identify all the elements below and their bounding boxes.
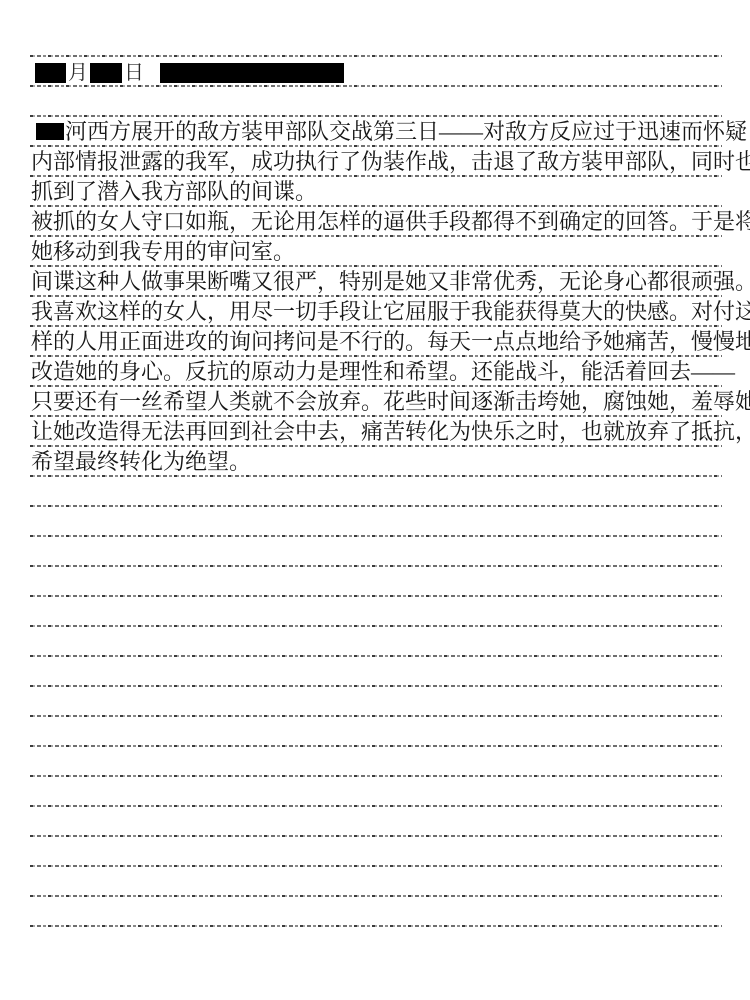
ruled-line: [30, 505, 722, 507]
ruled-line: [30, 55, 722, 57]
diary-line-text: 让她改造得无法再回到社会中去，痛苦转化为快乐之时，也就放弃了抵抗，: [31, 419, 750, 444]
diary-line-text: 间谍这种人做事果断嘴又很严，特别是她又非常优秀，无论身心都很顽强。: [31, 269, 750, 294]
diary-line-text: 她移动到我专用的审问室。: [31, 239, 295, 264]
ruled-line: [30, 445, 722, 447]
ruled-line: [30, 865, 722, 867]
redaction-day-value: [90, 63, 122, 83]
ruled-line: [30, 415, 722, 417]
diary-line: 我喜欢这样的女人，用尽一切手段让它屈服于我能获得莫大的快感。对付这: [31, 299, 750, 325]
ruled-line: [30, 595, 722, 597]
diary-line: 希望最终转化为绝望。: [31, 449, 251, 475]
diary-line: 间谍这种人做事果断嘴又很严，特别是她又非常优秀，无论身心都很顽强。: [31, 269, 750, 295]
ruled-line: [30, 535, 722, 537]
ruled-line: [30, 625, 722, 627]
ruled-line: [30, 355, 722, 357]
diary-line-text: 抓到了潜入我方部队的间谍。: [31, 179, 317, 204]
ruled-line: [30, 265, 722, 267]
diary-line: 河西方展开的敌方装甲部队交战第三日——对敌方反应过于迅速而怀疑: [31, 119, 747, 145]
diary-line: 样的人用正面进攻的询问拷问是不行的。每天一点点地给予她痛苦，慢慢地: [31, 329, 750, 355]
ruled-line: [30, 385, 722, 387]
diary-line: 改造她的身心。反抗的原动力是理性和希望。还能战斗，能活着回去——: [31, 359, 735, 385]
ruled-line: [30, 205, 722, 207]
day-label: 日: [122, 63, 146, 83]
ruled-line: [30, 835, 722, 837]
ruled-line: [30, 235, 722, 237]
diary-line-text: 内部情报泄露的我军，成功执行了伪装作战，击退了敌方装甲部队，同时也: [31, 149, 750, 174]
diary-line-text: 我喜欢这样的女人，用尽一切手段让它屈服于我能获得莫大的快感。对付这: [31, 299, 750, 324]
inline-redaction: [36, 123, 64, 140]
diary-line: 内部情报泄露的我军，成功执行了伪装作战，击退了敌方装甲部队，同时也: [31, 149, 750, 175]
ruled-line: [30, 895, 722, 897]
redaction-entry-title: [160, 63, 344, 83]
ruled-line: [30, 805, 722, 807]
diary-line: 她移动到我专用的审问室。: [31, 239, 295, 265]
diary-line-text: 只要还有一丝希望人类就不会放弃。花些时间逐渐击垮她，腐蚀她，羞辱她，: [31, 389, 750, 414]
ruled-line: [30, 685, 722, 687]
diary-page: 月 日 河西方展开的敌方装甲部队交战第三日——对敌方反应过于迅速而怀疑内部情报泄…: [0, 0, 750, 1000]
diary-line: 抓到了潜入我方部队的间谍。: [31, 179, 317, 205]
diary-line-text: 样的人用正面进攻的询问拷问是不行的。每天一点点地给予她痛苦，慢慢地: [31, 329, 750, 354]
ruled-line: [30, 475, 722, 477]
ruled-line: [30, 715, 722, 717]
ruled-line: [30, 745, 722, 747]
date-row: 月 日: [35, 62, 344, 83]
diary-line-text: 希望最终转化为绝望。: [31, 449, 251, 474]
diary-line: 让她改造得无法再回到社会中去，痛苦转化为快乐之时，也就放弃了抵抗，: [31, 419, 750, 445]
diary-line: 只要还有一丝希望人类就不会放弃。花些时间逐渐击垮她，腐蚀她，羞辱她，: [31, 389, 750, 415]
ruled-line: [30, 145, 722, 147]
ruled-line: [30, 925, 722, 927]
ruled-line: [30, 175, 722, 177]
ruled-line: [30, 565, 722, 567]
ruled-line: [30, 85, 722, 87]
ruled-line: [30, 655, 722, 657]
redaction-month-value: [35, 63, 66, 83]
ruled-line: [30, 115, 722, 117]
diary-line: 被抓的女人守口如瓶，无论用怎样的逼供手段都得不到确定的回答。于是将: [31, 209, 750, 235]
ruled-line: [30, 325, 722, 327]
ruled-line: [30, 775, 722, 777]
diary-line-text: 河西方展开的敌方装甲部队交战第三日——对敌方反应过于迅速而怀疑: [65, 119, 747, 144]
diary-line-text: 改造她的身心。反抗的原动力是理性和希望。还能战斗，能活着回去——: [31, 359, 735, 384]
diary-line-text: 被抓的女人守口如瓶，无论用怎样的逼供手段都得不到确定的回答。于是将: [31, 209, 750, 234]
month-label: 月: [66, 63, 90, 83]
ruled-line: [30, 295, 722, 297]
